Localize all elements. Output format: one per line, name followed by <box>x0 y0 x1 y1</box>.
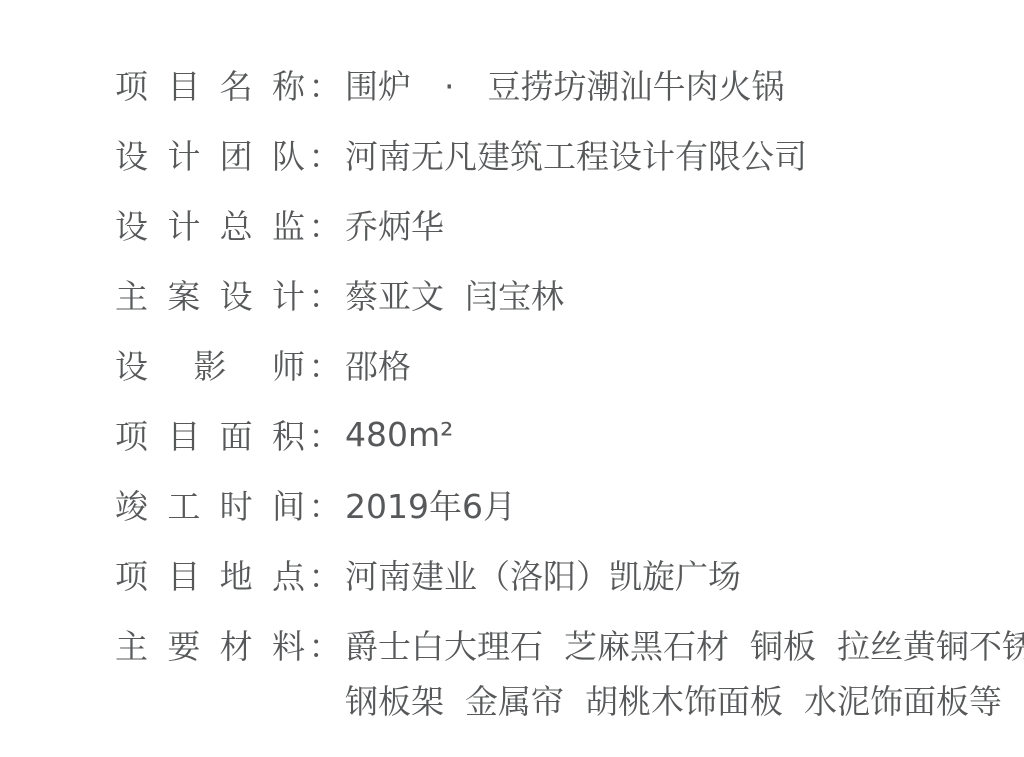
project-info-sheet: 项 目 名 称 ： 围炉 · 豆捞坊潮汕牛肉火锅 设 计 团 队 ： 河南无凡建… <box>0 0 1024 757</box>
info-row-main-materials: 主 要 材 料 ： 爵士白大理石 芝麻黑石材 铜板 拉丝黄铜不锈 <box>115 609 1024 679</box>
info-row-design-team: 设 计 团 队 ： 河南无凡建筑工程设计有限公司 <box>115 119 1024 189</box>
field-value-completion-date: 2019年6月 <box>345 481 516 528</box>
field-value-photographer: 邵格 <box>345 341 411 388</box>
field-label-design-team: 设 计 团 队 <box>115 131 305 178</box>
field-label-project-location: 项 目 地 点 <box>115 551 305 598</box>
field-value-design-team: 河南无凡建筑工程设计有限公司 <box>345 131 807 178</box>
colon-separator: ： <box>305 271 345 318</box>
field-label-photographer: 设 影 师 <box>115 341 305 388</box>
field-label-project-name: 项 目 名 称 <box>115 61 305 108</box>
field-label-lead-designer: 主 案 设 计 <box>115 271 305 318</box>
info-row-main-materials-continuation: 钢板架 金属帘 胡桃木饰面板 水泥饰面板等 <box>115 679 1024 719</box>
field-value-project-area: 480m² <box>345 415 453 454</box>
field-label-project-area: 项 目 面 积 <box>115 411 305 458</box>
info-row-project-name: 项 目 名 称 ： 围炉 · 豆捞坊潮汕牛肉火锅 <box>115 49 1024 119</box>
field-value-project-name: 围炉 · 豆捞坊潮汕牛肉火锅 <box>345 61 785 108</box>
info-row-lead-designer: 主 案 设 计 ： 蔡亚文 闫宝林 <box>115 259 1024 329</box>
info-row-design-director: 设 计 总 监 ： 乔炳华 <box>115 189 1024 259</box>
colon-separator: ： <box>305 551 345 598</box>
colon-separator: ： <box>305 61 345 108</box>
field-value-project-location: 河南建业（洛阳）凯旋广场 <box>345 551 741 598</box>
field-value-design-director: 乔炳华 <box>345 201 444 248</box>
field-label-design-director: 设 计 总 监 <box>115 201 305 248</box>
field-value-lead-designer: 蔡亚文 闫宝林 <box>345 271 564 318</box>
info-row-project-location: 项 目 地 点 ： 河南建业（洛阳）凯旋广场 <box>115 539 1024 609</box>
info-list: 项 目 名 称 ： 围炉 · 豆捞坊潮汕牛肉火锅 设 计 团 队 ： 河南无凡建… <box>0 0 1024 719</box>
colon-separator: ： <box>305 621 345 668</box>
colon-separator: ： <box>305 131 345 178</box>
field-value-main-materials-line2: 钢板架 金属帘 胡桃木饰面板 水泥饰面板等 <box>345 676 1002 723</box>
colon-separator: ： <box>305 201 345 248</box>
info-row-project-area: 项 目 面 积 ： 480m² <box>115 399 1024 469</box>
info-row-completion-date: 竣 工 时 间 ： 2019年6月 <box>115 469 1024 539</box>
field-value-main-materials: 爵士白大理石 芝麻黑石材 铜板 拉丝黄铜不锈 <box>345 621 1024 668</box>
colon-separator: ： <box>305 411 345 458</box>
field-label-main-materials: 主 要 材 料 <box>115 621 305 668</box>
field-label-completion-date: 竣 工 时 间 <box>115 481 305 528</box>
info-row-photographer: 设 影 师 ： 邵格 <box>115 329 1024 399</box>
colon-separator: ： <box>305 341 345 388</box>
colon-separator: ： <box>305 481 345 528</box>
